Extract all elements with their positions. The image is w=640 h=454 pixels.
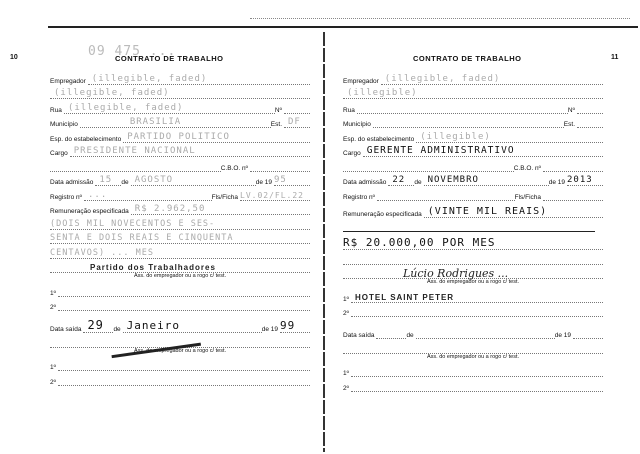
top-edge-specks xyxy=(250,18,630,25)
admissao-year: 95 xyxy=(274,175,287,185)
right-page: CONTRATO DE TRABALHO 11 Empregador (ille… xyxy=(343,40,603,392)
cbo-field xyxy=(250,161,310,172)
municipio-field: BRASILIA xyxy=(80,117,271,128)
top-border-line xyxy=(48,26,638,28)
remuneracao-line2-row: (DOIS MIL NOVECENTOS E SES- xyxy=(50,215,310,230)
remuneracao-line2-row: R$ 20.000,00 POR MES xyxy=(343,232,603,250)
rua-field xyxy=(357,103,568,114)
empregador-line2-row: (illegible) xyxy=(343,85,603,100)
empregador-label: Empregador xyxy=(343,78,379,85)
registro-row: Registro nº ... Fls/Ficha LV.02/FL.22 xyxy=(50,186,310,201)
exit-witness1-row: 1º xyxy=(343,363,603,378)
estado-field xyxy=(577,117,603,128)
witness2-row: 2º xyxy=(343,303,603,318)
admissao-year: 2013 xyxy=(567,175,593,185)
esp-estab-field: PARTIDO POLITICO xyxy=(123,132,310,143)
remuneracao-line2: R$ 20.000,00 POR MES xyxy=(343,236,495,249)
de19-label: de 19 xyxy=(256,179,272,186)
remuneracao-value: R$ 2.962,50 xyxy=(135,204,206,214)
rua-label: Rua xyxy=(50,107,62,114)
exit-signature-row xyxy=(343,339,603,354)
estado-field: DF xyxy=(284,117,310,128)
witness2-label: 2º xyxy=(343,310,349,317)
empregador-line2-field: (illegible, faded) xyxy=(50,88,310,99)
remuneracao-line4-field: CENTAVOS) ... MES xyxy=(50,248,310,259)
cbo-field xyxy=(543,161,603,172)
remuneracao-line3-row: SENTA E DOIS REAIS E CINQUENTA xyxy=(50,230,310,245)
witness2-field xyxy=(351,306,603,317)
witness2-label: 2º xyxy=(50,304,56,311)
de-label: de xyxy=(121,179,128,186)
saida-year-field: 99 xyxy=(280,322,310,333)
registro-value: ... xyxy=(88,190,107,200)
esp-estab-label: Esp. do estabelecimento xyxy=(50,136,121,143)
exit-witness2-field xyxy=(351,381,603,392)
saida-de-label: de xyxy=(406,332,413,339)
fls-ficha-value: LV.02/FL.22 xyxy=(240,191,304,200)
data-saida-row: Data saída de de 19 xyxy=(343,317,603,339)
cbo-blank-field xyxy=(50,161,221,172)
saida-day-field xyxy=(376,328,406,339)
right-page-header: CONTRATO DE TRABALHO 11 xyxy=(343,40,603,70)
left-page: 10 09 475 ... CONTRATO DE TRABALHO Empre… xyxy=(50,40,310,386)
empregador-line2-row: (illegible, faded) xyxy=(50,85,310,100)
exit-witness1-label: 1º xyxy=(50,364,56,371)
exit-witness2-row: 2º xyxy=(343,377,603,392)
remuneracao-line3: SENTA E DOIS REAIS E CINQUENTA xyxy=(50,233,234,243)
employer-name-stamp: Partido dos Trabalhadores xyxy=(90,263,216,272)
blank-field xyxy=(343,254,603,265)
saida-year-field xyxy=(573,328,603,339)
exit-witness1-field xyxy=(58,360,310,371)
registro-label: Registro nº xyxy=(343,194,375,201)
cbo-blank-field xyxy=(343,161,514,172)
estado-label: Est. xyxy=(564,121,575,128)
de-label: de xyxy=(414,179,421,186)
remuneracao-line2-field: (DOIS MIL NOVECENTOS E SES- xyxy=(50,219,310,230)
exit-signature-field xyxy=(343,343,603,354)
cbo-row: C.B.O. nº xyxy=(343,157,603,172)
fls-ficha-field xyxy=(543,190,603,201)
saida-de19-label: de 19 xyxy=(262,326,278,333)
remuneracao-row: Remuneração especificada R$ 2.962,50 xyxy=(50,201,310,216)
exit-witness1-field xyxy=(351,366,603,377)
saida-month-field xyxy=(416,328,555,339)
registro-field xyxy=(377,190,515,201)
municipio-label: Município xyxy=(50,121,78,128)
estado-value: DF xyxy=(288,117,301,127)
cbo-row: C.B.O. nº xyxy=(50,157,310,172)
admissao-day-field: 22 xyxy=(388,175,414,186)
admissao-day-field: 15 xyxy=(95,175,121,186)
exit-witness1-label: 1º xyxy=(343,370,349,377)
remuneracao-line4-row: CENTAVOS) ... MES xyxy=(50,244,310,259)
exit-witness2-field xyxy=(58,375,310,386)
employer-signature-row: Lúcio Rodrigues ... xyxy=(343,265,603,280)
remuneracao-strike-row xyxy=(343,218,603,233)
registro-field: ... xyxy=(84,190,212,201)
left-page-header: 10 09 475 ... CONTRATO DE TRABALHO xyxy=(50,40,310,70)
remuneracao-row: Remuneração especificada (VINTE MIL REAI… xyxy=(343,201,603,218)
remuneracao-line2: (DOIS MIL NOVECENTOS E SES- xyxy=(50,219,215,229)
de19-label: de 19 xyxy=(549,179,565,186)
witness2-row: 2º xyxy=(50,297,310,312)
data-admissao-row: Data admissão 22 de NOVEMBRO de 19 2013 xyxy=(343,172,603,187)
cargo-value: GERENTE ADMINISTRATIVO xyxy=(367,145,515,156)
municipio-row: Município BRASILIA Est. DF xyxy=(50,114,310,129)
fls-ficha-label: Fls/Ficha xyxy=(515,194,541,201)
exit-witness2-row: 2º xyxy=(50,371,310,386)
numero-field xyxy=(284,103,310,114)
rua-field: (illegible, faded) xyxy=(64,103,275,114)
witness1-field xyxy=(58,286,310,297)
empregador-value: (illegible, faded) xyxy=(92,74,208,84)
admissao-month-field: NOVEMBRO xyxy=(424,175,549,186)
empregador-field: (illegible, faded) xyxy=(381,74,603,85)
esp-estab-value: (illegible) xyxy=(420,132,491,142)
admissao-year-field: 2013 xyxy=(567,175,603,186)
exit-signature-row xyxy=(50,333,310,348)
admissao-year-field: 95 xyxy=(274,175,310,186)
numero-label: Nº xyxy=(568,107,575,114)
admissao-month: AGOSTO xyxy=(135,175,174,185)
page-title: CONTRATO DE TRABALHO xyxy=(413,54,521,63)
remuneracao-line2-field: R$ 20.000,00 POR MES xyxy=(343,239,603,250)
blank-row xyxy=(343,250,603,265)
estado-label: Est. xyxy=(271,121,282,128)
fls-ficha-field: LV.02/FL.22 xyxy=(240,190,310,201)
employer-signature-field: Lúcio Rodrigues ... xyxy=(343,268,603,279)
esp-estab-value: PARTIDO POLITICO xyxy=(127,132,230,142)
cbo-label: C.B.O. nº xyxy=(221,165,248,172)
admissao-month-field: AGOSTO xyxy=(131,175,256,186)
numero-label: Nº xyxy=(275,107,282,114)
saida-de-label: de xyxy=(113,326,120,333)
remuneracao-line3-field: SENTA E DOIS REAIS E CINQUENTA xyxy=(50,233,310,244)
signature-caption: Ass. do empregador ou a rogo c/ test. xyxy=(343,279,603,288)
exit-signature-field xyxy=(50,337,310,348)
empregador-line2-value: (illegible, faded) xyxy=(54,88,170,98)
remuneracao-field: (VINTE MIL REAIS) xyxy=(424,207,603,218)
esp-estab-row: Esp. do estabelecimento (illegible) xyxy=(343,128,603,143)
witness1-row: 1º xyxy=(50,282,310,297)
exit-witness1-row: 1º xyxy=(50,357,310,372)
cargo-field: GERENTE ADMINISTRATIVO xyxy=(363,146,603,157)
cargo-row: Cargo GERENTE ADMINISTRATIVO xyxy=(343,143,603,158)
page-number: 10 xyxy=(10,54,18,61)
witness1-field: HOTEL SAINT PETER xyxy=(351,292,603,303)
saida-day-field: 29 xyxy=(83,322,113,333)
municipio-value: BRASILIA xyxy=(130,117,181,127)
esp-estab-label: Esp. do estabelecimento xyxy=(343,136,414,143)
cargo-label: Cargo xyxy=(50,150,68,157)
empregador-field: (illegible, faded) xyxy=(88,74,310,85)
empregador-line2-value: (illegible) xyxy=(347,88,418,98)
remuneracao-value: (VINTE MIL REAIS) xyxy=(428,206,547,217)
witness1-label: 1º xyxy=(343,296,349,303)
saida-year: 99 xyxy=(280,319,295,332)
cargo-row: Cargo PRESIDENTE NACIONAL xyxy=(50,143,310,158)
empregador-row: Empregador (illegible, faded) xyxy=(343,70,603,85)
registro-label: Registro nº xyxy=(50,194,82,201)
employer-signature: Lúcio Rodrigues ... xyxy=(403,267,508,280)
exit-witness2-label: 2º xyxy=(50,379,56,386)
admissao-month: NOVEMBRO xyxy=(428,175,479,185)
strike-line xyxy=(343,221,595,232)
data-saida-label: Data saída xyxy=(50,326,81,333)
exit-signature-caption: Ass. do empregador ou a rogo c/ test. xyxy=(343,354,603,363)
municipio-row: Município Est. xyxy=(343,114,603,129)
rua-value: (illegible, faded) xyxy=(68,103,184,113)
esp-estab-row: Esp. do estabelecimento PARTIDO POLITICO xyxy=(50,128,310,143)
witness1-label: 1º xyxy=(50,290,56,297)
data-saida-label: Data saída xyxy=(343,332,374,339)
employer-stamp-row: Partido dos Trabalhadores xyxy=(50,259,310,274)
municipio-label: Município xyxy=(343,121,371,128)
data-admissao-label: Data admissão xyxy=(343,179,386,186)
empregador-label: Empregador xyxy=(50,78,86,85)
exit-signature-caption: Ass. do empregador ou a rogo c/ test. xyxy=(50,348,310,357)
empregador-value: (illegible, faded) xyxy=(385,74,501,84)
remuneracao-line4: CENTAVOS) ... MES xyxy=(50,248,154,258)
page-divider xyxy=(323,32,325,452)
admissao-day: 22 xyxy=(392,175,405,185)
data-admissao-label: Data admissão xyxy=(50,179,93,186)
cargo-label: Cargo xyxy=(343,150,361,157)
witness2-field xyxy=(58,300,310,311)
municipio-field xyxy=(373,117,564,128)
rua-row: Rua (illegible, faded) Nº xyxy=(50,99,310,114)
esp-estab-field: (illegible) xyxy=(416,132,603,143)
cargo-field: PRESIDENTE NACIONAL xyxy=(70,146,310,157)
page-number: 11 xyxy=(611,54,618,61)
empregador-line2-field: (illegible) xyxy=(343,88,603,99)
empregador-row: Empregador (illegible, faded) xyxy=(50,70,310,85)
witness1-row: 1º HOTEL SAINT PETER xyxy=(343,288,603,303)
rua-row: Rua Nº xyxy=(343,99,603,114)
registro-row: Registro nº Fls/Ficha xyxy=(343,186,603,201)
rua-label: Rua xyxy=(343,107,355,114)
remuneracao-field: R$ 2.962,50 xyxy=(131,204,310,215)
data-admissao-row: Data admissão 15 de AGOSTO de 19 95 xyxy=(50,172,310,187)
saida-day: 29 xyxy=(87,318,103,332)
remuneracao-label: Remuneração especificada xyxy=(343,211,422,218)
admissao-day: 15 xyxy=(99,175,112,185)
numero-field xyxy=(577,103,603,114)
remuneracao-label: Remuneração especificada xyxy=(50,208,129,215)
exit-witness2-label: 2º xyxy=(343,385,349,392)
signature-caption: Ass. do empregador ou a rogo c/ test. xyxy=(50,273,310,282)
fls-ficha-label: Fls/Ficha xyxy=(212,194,238,201)
employer-signature-field: Partido dos Trabalhadores xyxy=(50,262,310,273)
saida-de19-label: de 19 xyxy=(555,332,571,339)
page-title: CONTRATO DE TRABALHO xyxy=(115,54,223,63)
witness1-stamp: HOTEL SAINT PETER xyxy=(355,293,454,302)
cargo-value: PRESIDENTE NACIONAL xyxy=(74,146,196,156)
cbo-label: C.B.O. nº xyxy=(514,165,541,172)
